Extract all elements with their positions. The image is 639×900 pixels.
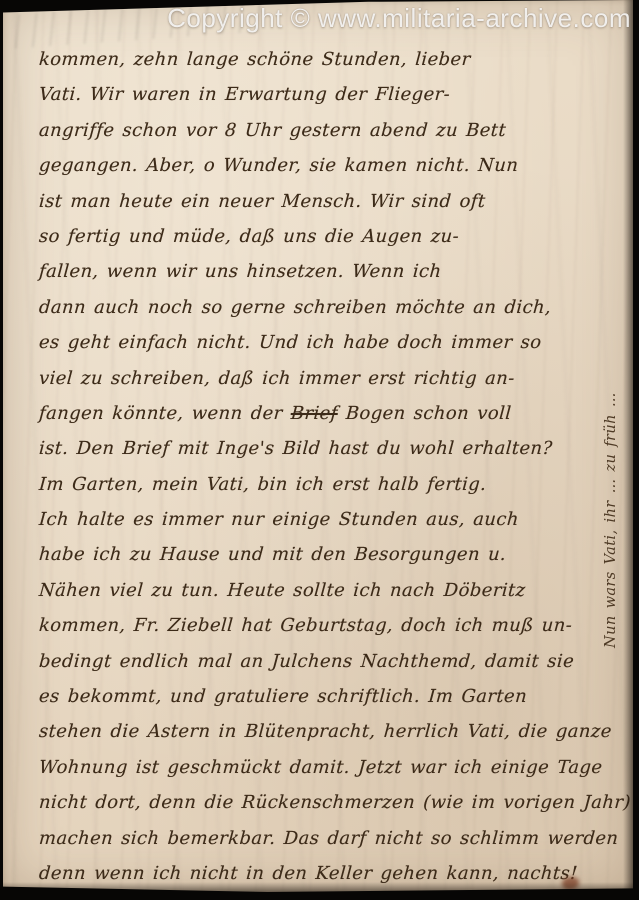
handwritten-line: machen sich bemerkbar. Das darf nicht so…	[38, 821, 615, 856]
handwritten-line: denn wenn ich nicht in den Keller gehen …	[38, 856, 615, 891]
handwritten-line: ist. Den Brief mit Inge's Bild hast du w…	[38, 431, 615, 466]
handwritten-line: kommen, zehn lange schöne Stunden, liebe…	[38, 42, 615, 77]
letter-page: kommen, zehn lange schöne Stunden, liebe…	[3, 0, 633, 892]
handwritten-line: viel zu schreiben, daß ich immer erst ri…	[38, 361, 615, 396]
handwritten-line: es bekommt, und gratuliere schriftlich. …	[38, 679, 615, 714]
handwritten-line: stehen die Astern in Blütenpracht, herrl…	[38, 714, 615, 749]
handwritten-line: angriffe schon vor 8 Uhr gestern abend z…	[38, 113, 615, 148]
handwritten-line: Vati. Wir waren in Erwartung der Flieger…	[38, 77, 615, 112]
handwritten-line: gegangen. Aber, o Wunder, sie kamen nich…	[38, 148, 615, 183]
handwritten-line: so fertig und müde, daß uns die Augen zu…	[38, 219, 615, 254]
handwritten-line: es geht einfach nicht. Und ich habe doch…	[38, 325, 615, 360]
handwritten-line: nicht dort, denn die Rückenschmerzen (wi…	[38, 785, 615, 820]
handwritten-line: Nähen viel zu tun. Heute sollte ich nach…	[38, 573, 615, 608]
vertical-margin-note: Nun wars Vati, ihr … zu früh …	[603, 68, 623, 648]
line-segment: fangen könnte, wenn der	[38, 403, 291, 424]
letter-body: kommen, zehn lange schöne Stunden, liebe…	[39, 42, 614, 891]
handwritten-line: Ich halte es immer nur einige Stunden au…	[38, 502, 615, 537]
handwritten-line: fallen, wenn wir uns hinsetzen. Wenn ich	[38, 254, 615, 289]
handwritten-line: dann auch noch so gerne schreiben möchte…	[38, 290, 615, 325]
copyright-watermark: Copyright © www.militaria-archive.com	[167, 3, 631, 34]
handwritten-line: habe ich zu Hause und mit den Besorgunge…	[38, 537, 615, 572]
handwritten-line: kommen, Fr. Ziebell hat Geburtstag, doch…	[38, 608, 615, 643]
handwritten-line-with-strikethrough: fangen könnte, wenn der Brief Bogen scho…	[38, 396, 615, 431]
struck-word: Brief	[290, 403, 338, 424]
handwritten-line: Wohnung ist geschmückt damit. Jetzt war …	[38, 750, 615, 785]
line-segment: Bogen schon voll	[337, 403, 512, 424]
handwritten-line: ist man heute ein neuer Mensch. Wir sind…	[38, 184, 615, 219]
handwritten-line: bedingt endlich mal an Julchens Nachthem…	[38, 644, 615, 679]
page-edge-shadow	[623, 0, 633, 892]
handwritten-line: Im Garten, mein Vati, bin ich erst halb …	[38, 467, 615, 502]
